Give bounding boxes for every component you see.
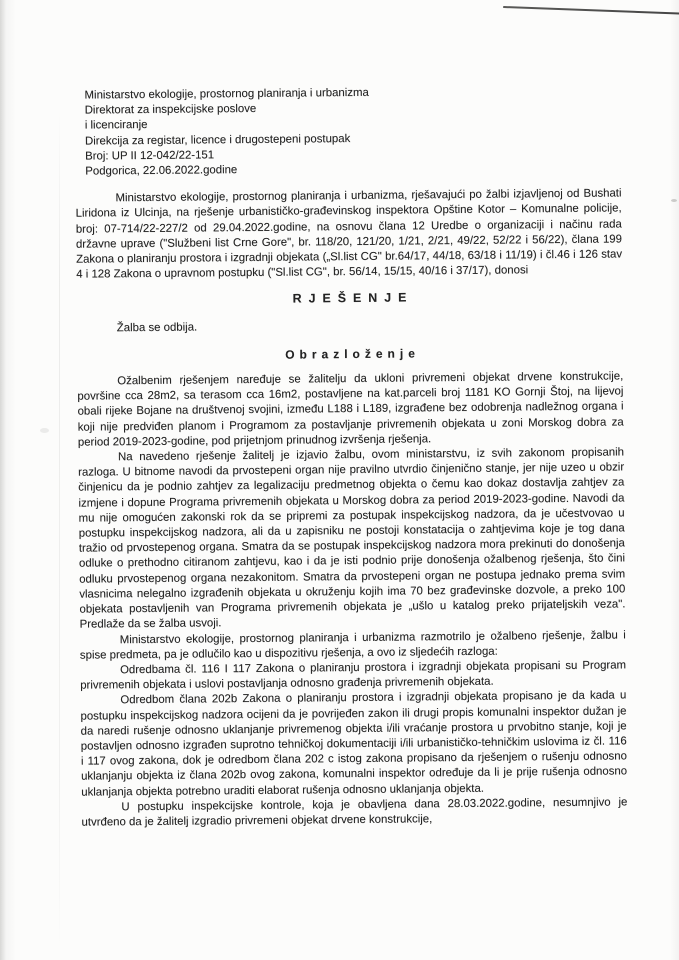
- explanation-body: Ožalbenim rješenjem naređuje se žalitelj…: [77, 369, 627, 830]
- scan-fold-line: [59, 110, 60, 950]
- document-page: { "page": { "colors": { "paper": "#fcfcf…: [0, 0, 679, 960]
- body-paragraph: Na navedeno rješenje žalitelj je izjavio…: [78, 445, 626, 633]
- explanation-heading: Obrazloženje: [77, 344, 623, 364]
- body-paragraph: Ožalbenim rješenjem naređuje se žalitelj…: [77, 369, 624, 450]
- scan-speckle: [671, 199, 677, 202]
- scan-speckle: [40, 428, 49, 433]
- letterhead: Ministarstvo ekologije, prostornog plani…: [84, 83, 621, 179]
- ruling-dispositive-text: Žalba se odbija.: [77, 316, 623, 336]
- document-content: Ministarstvo ekologije, prostornog plani…: [74, 83, 627, 830]
- ruling-heading: RJEŠENJE: [76, 289, 622, 309]
- scan-artifact-line: [503, 6, 679, 15]
- intro-paragraph: Ministarstvo ekologije, prostornog plani…: [75, 187, 622, 283]
- body-paragraph: Odredbom člana 202b Zakona o planiranju …: [80, 689, 627, 801]
- body-paragraph: U postupku inspekcijske kontrole, koja j…: [81, 795, 627, 831]
